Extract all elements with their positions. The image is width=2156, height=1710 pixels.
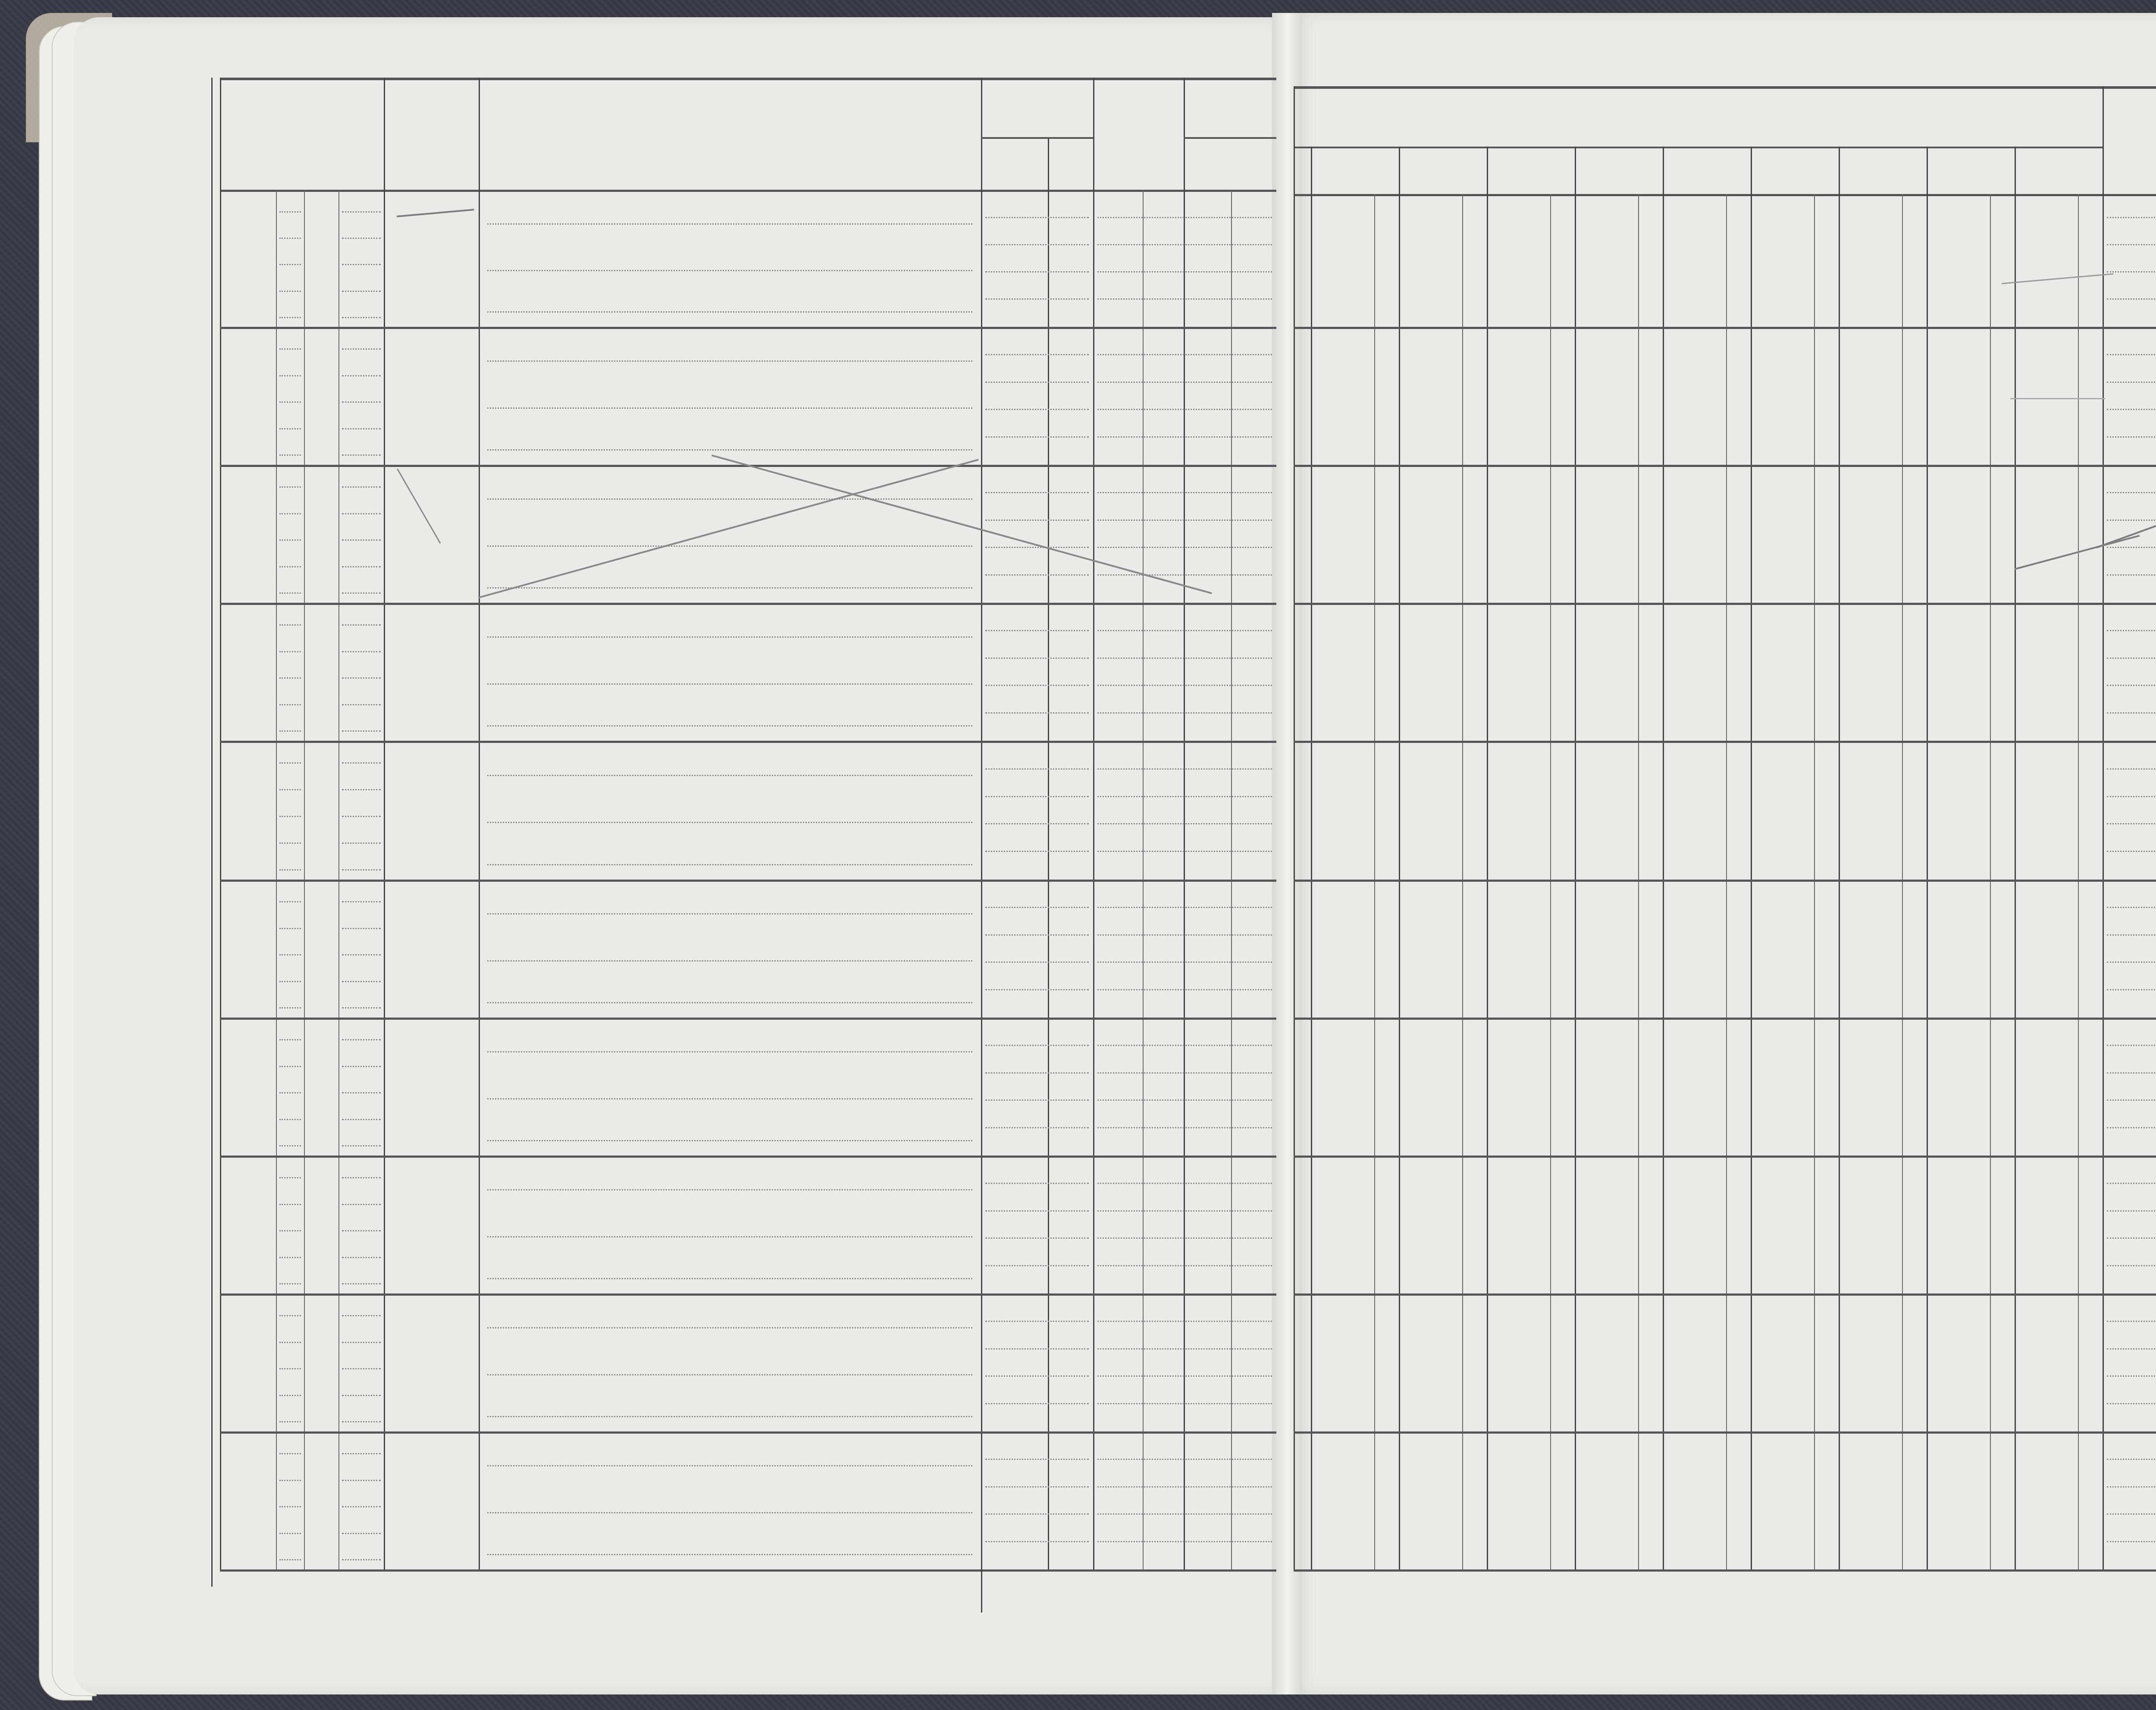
- dotted-line: [279, 1177, 301, 1178]
- dotted-line: [279, 1066, 301, 1067]
- right-entry-border: [1294, 1293, 2156, 1296]
- right-entry-border: [1294, 465, 2156, 467]
- entry-bottom-border: [220, 1018, 1276, 1020]
- dotted-line: [342, 901, 381, 902]
- partite-guide-line: [985, 768, 1089, 770]
- dotted-line: [279, 1145, 301, 1146]
- exemptions-guide-line: [2107, 768, 2156, 770]
- dotted-line: [279, 317, 301, 318]
- exemptions-guide-line: [2107, 436, 2156, 438]
- entry-bottom-border: [220, 741, 1276, 743]
- dotted-line: [279, 566, 301, 567]
- estimo-guide-line: [1097, 1265, 1272, 1266]
- partite-guide-line: [985, 1321, 1089, 1322]
- partite-guide-line: [985, 1459, 1089, 1460]
- name-guide-line: [487, 223, 972, 225]
- partite-guide-line: [985, 961, 1089, 963]
- name-guide-line: [487, 1416, 972, 1417]
- estimo-guide-line: [1097, 685, 1272, 686]
- dotted-line: [342, 291, 381, 292]
- partite-guide-line: [985, 574, 1089, 576]
- exemptions-guide-line: [2107, 271, 2156, 272]
- exemptions-guide-line: [2107, 382, 2156, 383]
- dotted-line: [342, 428, 381, 429]
- estimo-guide-line: [1097, 658, 1272, 659]
- estimo-guide-line: [1097, 1348, 1272, 1350]
- dotted-line: [342, 1257, 381, 1258]
- name-guide-line: [487, 311, 972, 313]
- dotted-line: [279, 981, 301, 982]
- dotted-line: [279, 1119, 301, 1120]
- dotted-line: [342, 401, 381, 403]
- estimo-guide-line: [1097, 244, 1272, 245]
- cents-column-divider: [2078, 194, 2079, 1569]
- dotted-line: [279, 513, 301, 514]
- dotted-line: [279, 1480, 301, 1481]
- name-guide-line: [487, 822, 972, 823]
- partite-guide-line: [985, 1486, 1089, 1488]
- partite-guide-line: [985, 244, 1089, 245]
- partite-guide-line: [985, 492, 1089, 493]
- exemptions-guide-line: [2107, 1099, 2156, 1101]
- dotted-line: [342, 981, 381, 982]
- estimo-guide-line: [1097, 1375, 1272, 1377]
- partite-guide-line: [985, 1127, 1089, 1128]
- dotted-line: [342, 1506, 381, 1507]
- right-page: [1289, 13, 2156, 1694]
- exemptions-guide-line: [2107, 1127, 2156, 1128]
- dotted-line: [342, 789, 381, 790]
- column-divider: [479, 78, 480, 1569]
- partite-guide-line: [985, 520, 1089, 521]
- estimo-guide-line: [1097, 1321, 1272, 1322]
- dotted-line: [279, 454, 301, 456]
- dotted-line: [342, 651, 381, 652]
- dotted-line: [279, 1204, 301, 1205]
- dotted-line: [279, 1039, 301, 1040]
- book-gutter: [1272, 13, 1302, 1694]
- dotted-line: [279, 869, 301, 871]
- left-outer-border: [211, 78, 213, 1587]
- entry-bottom-border: [220, 1293, 1276, 1296]
- name-guide-line: [487, 360, 972, 362]
- name-guide-line: [487, 864, 972, 865]
- dotted-line: [342, 1283, 381, 1284]
- estimo-guide-line: [1097, 354, 1272, 355]
- entry-bottom-border: [220, 1569, 1276, 1572]
- name-guide-line: [487, 725, 972, 727]
- name-guide-line: [487, 1051, 972, 1052]
- partite-guide-line: [985, 1541, 1089, 1542]
- name-guide-line: [487, 1278, 972, 1279]
- exemptions-guide-line: [2107, 1072, 2156, 1074]
- name-guide-line: [487, 1098, 972, 1099]
- subheader-divider: [1184, 137, 1276, 139]
- partite-guide-line: [985, 382, 1089, 383]
- estimo-guide-line: [1097, 989, 1272, 990]
- partite-guide-line: [985, 630, 1089, 631]
- cents-column-divider: [1550, 194, 1551, 1569]
- right-entry-border: [1294, 327, 2156, 329]
- exemptions-guide-line: [2107, 851, 2156, 852]
- column-divider: [1093, 78, 1094, 1569]
- table-top-border: [220, 78, 1276, 80]
- name-guide-line: [487, 960, 972, 961]
- partite-guide-line: [985, 217, 1089, 218]
- dotted-line: [279, 677, 301, 679]
- dotted-line: [279, 428, 301, 429]
- left-page: [73, 17, 1294, 1694]
- exemptions-guide-line: [2107, 630, 2156, 631]
- partite-guide-line: [985, 1237, 1089, 1239]
- estimo-guide-line: [1097, 1459, 1272, 1460]
- entry-bottom-border: [220, 880, 1276, 882]
- name-guide-line: [487, 1554, 972, 1555]
- estimo-guide-line: [1097, 1513, 1272, 1515]
- dotted-line: [342, 513, 381, 514]
- somma-divider: [981, 1569, 982, 1613]
- exemptions-guide-line: [2107, 685, 2156, 686]
- exemptions-guide-line: [2107, 907, 2156, 908]
- name-guide-line: [487, 449, 972, 451]
- dotted-line: [342, 816, 381, 817]
- estimo-guide-line: [1097, 574, 1272, 576]
- name-guide-line: [487, 1236, 972, 1237]
- estimo-guide-line: [1097, 768, 1272, 770]
- dotted-line: [342, 1480, 381, 1481]
- estimo-guide-line: [1097, 1403, 1272, 1404]
- dotted-line: [279, 211, 301, 213]
- cents-column-divider: [1462, 194, 1463, 1569]
- subheader-divider: [981, 137, 1093, 139]
- exemptions-guide-line: [2107, 823, 2156, 824]
- exemptions-guide-line: [2107, 1403, 2156, 1404]
- estimo-guide-line: [1097, 1045, 1272, 1046]
- exemptions-guide-line: [2107, 217, 2156, 218]
- dotted-line: [279, 375, 301, 376]
- dotted-line: [342, 842, 381, 844]
- dotted-line: [342, 1119, 381, 1120]
- name-guide-line: [487, 545, 972, 547]
- dotted-line: [342, 566, 381, 567]
- name-guide-line: [487, 1002, 972, 1003]
- exemptions-guide-line: [2107, 934, 2156, 936]
- right-table-top-border: [1294, 86, 2156, 89]
- estimo-guide-line: [1097, 712, 1272, 714]
- exemptions-guide-line: [2107, 1265, 2156, 1266]
- name-guide-line: [487, 1327, 972, 1328]
- name-guide-line: [487, 407, 972, 409]
- dotted-line: [342, 348, 381, 350]
- dotted-line: [279, 486, 301, 488]
- year-column-divider: [1487, 147, 1488, 1569]
- name-guide-line: [487, 775, 972, 776]
- partite-guide-line: [985, 1375, 1089, 1377]
- dotted-line: [279, 1007, 301, 1008]
- estimo-guide-line: [1097, 1099, 1272, 1101]
- name-guide-line: [487, 498, 972, 500]
- dotted-line: [279, 1453, 301, 1454]
- year-column-divider: [1399, 147, 1400, 1569]
- partite-guide-line: [985, 796, 1089, 797]
- dotted-line: [342, 1230, 381, 1231]
- entry-bottom-border: [220, 327, 1276, 329]
- dotted-line: [279, 264, 301, 265]
- partite-guide-line: [985, 436, 1089, 438]
- dotted-line: [342, 1559, 381, 1560]
- dotted-line: [342, 211, 381, 213]
- partite-guide-line: [985, 1403, 1089, 1404]
- exemptions-column-divider: [2103, 86, 2104, 1569]
- year-column-divider: [1311, 147, 1312, 1569]
- estimo-guide-line: [1097, 520, 1272, 521]
- column-divider: [384, 78, 385, 1569]
- dotted-line: [279, 238, 301, 239]
- dotted-line: [279, 1368, 301, 1369]
- dotted-line: [279, 704, 301, 705]
- dotted-line: [342, 704, 381, 705]
- exemptions-guide-line: [2107, 492, 2156, 493]
- dotted-line: [342, 486, 381, 488]
- estimo-guide-line: [1097, 1210, 1272, 1212]
- dotted-line: [342, 1342, 381, 1343]
- dotted-line: [279, 1342, 301, 1343]
- cents-column-divider: [1990, 194, 1991, 1569]
- header-bottom-border: [220, 190, 1276, 192]
- partite-guide-line: [985, 1265, 1089, 1266]
- estimo-guide-line: [1097, 1072, 1272, 1074]
- partite-guide-line: [985, 1072, 1089, 1074]
- dotted-line: [342, 1039, 381, 1040]
- dotted-line: [342, 730, 381, 732]
- exemptions-guide-line: [2107, 574, 2156, 576]
- dotted-line: [279, 1092, 301, 1093]
- dotted-line: [342, 869, 381, 871]
- exemptions-guide-line: [2107, 989, 2156, 990]
- estimo-guide-line: [1097, 1183, 1272, 1184]
- entry-bottom-border: [220, 1156, 1276, 1158]
- column-divider: [220, 78, 221, 1569]
- estimo-guide-line: [1097, 1237, 1272, 1239]
- right-header-bottom-border: [1294, 194, 2156, 196]
- column-divider: [1048, 138, 1049, 1569]
- name-guide-line: [487, 913, 972, 915]
- dotted-line: [279, 1283, 301, 1284]
- dotted-line: [342, 1066, 381, 1067]
- dotted-line: [279, 348, 301, 350]
- partite-guide-line: [985, 271, 1089, 272]
- form-code: Mod. 111 - Imposte Dirette (Intercalare)…: [2134, 56, 2156, 67]
- exemptions-guide-line: [2107, 298, 2156, 300]
- exemptions-guide-line: [2107, 712, 2156, 714]
- partite-guide-line: [985, 989, 1089, 990]
- dotted-line: [279, 291, 301, 292]
- name-guide-line: [487, 1465, 972, 1466]
- dotted-line: [279, 1506, 301, 1507]
- exemptions-guide-line: [2107, 1541, 2156, 1542]
- right-entry-border: [1294, 1569, 2156, 1572]
- exemptions-guide-line: [2107, 1513, 2156, 1515]
- estimo-guide-line: [1097, 492, 1272, 493]
- dotted-line: [279, 730, 301, 732]
- partite-guide-line: [985, 823, 1089, 824]
- dotted-line: [342, 1177, 381, 1178]
- estimo-guide-line: [1097, 796, 1272, 797]
- year-column-divider: [1927, 147, 1928, 1569]
- dotted-line: [279, 624, 301, 626]
- exemptions-guide-line: [2107, 1459, 2156, 1460]
- partite-guide-line: [985, 1099, 1089, 1101]
- name-guide-line: [487, 1189, 972, 1190]
- exemptions-guide-line: [2107, 409, 2156, 410]
- year-column-divider: [1663, 147, 1664, 1569]
- dotted-line: [342, 454, 381, 456]
- exemptions-guide-line: [2107, 547, 2156, 548]
- dotted-line: [279, 954, 301, 955]
- name-guide-line: [487, 683, 972, 685]
- cents-column-divider: [1814, 194, 1815, 1569]
- name-guide-line: [487, 1512, 972, 1513]
- dotted-line: [279, 1421, 301, 1422]
- exemptions-guide-line: [2107, 1486, 2156, 1488]
- partite-guide-line: [985, 658, 1089, 659]
- dotted-line: [279, 401, 301, 403]
- dotted-line: [279, 1559, 301, 1560]
- estimo-guide-line: [1097, 298, 1272, 300]
- dotted-line: [279, 928, 301, 929]
- cents-column-divider: [1638, 194, 1639, 1569]
- exemptions-guide-line: [2107, 1237, 2156, 1239]
- year-column-divider: [1839, 147, 1840, 1569]
- exemptions-guide-line: [2107, 1183, 2156, 1184]
- entry-bottom-border: [220, 603, 1276, 605]
- dotted-line: [342, 928, 381, 929]
- exemptions-guide-line: [2107, 1045, 2156, 1046]
- partite-guide-line: [985, 934, 1089, 936]
- column-divider: [981, 78, 982, 1569]
- right-entry-border: [1294, 603, 2156, 605]
- dotted-line: [279, 1315, 301, 1316]
- estimo-guide-line: [1097, 630, 1272, 631]
- dotted-line: [342, 624, 381, 626]
- name-guide-line: [487, 587, 972, 589]
- partite-guide-line: [985, 1348, 1089, 1350]
- dotted-line: [279, 1395, 301, 1396]
- estimo-guide-line: [1097, 1541, 1272, 1542]
- estimo-guide-line: [1097, 217, 1272, 218]
- year-column-divider: [2015, 147, 2016, 1569]
- dotted-line: [279, 592, 301, 594]
- dotted-line: [342, 317, 381, 318]
- estimo-guide-line: [1097, 934, 1272, 936]
- year-column-divider: [1575, 147, 1576, 1569]
- right-entry-border: [1294, 741, 2156, 743]
- exemptions-guide-line: [2107, 1348, 2156, 1350]
- dotted-line: [342, 677, 381, 679]
- dotted-line: [279, 789, 301, 790]
- right-entry-border: [1294, 1431, 2156, 1434]
- partite-guide-line: [985, 1183, 1089, 1184]
- dotted-line: [279, 1533, 301, 1534]
- partite-guide-line: [985, 851, 1089, 852]
- name-guide-line: [487, 270, 972, 271]
- exemptions-guide-line: [2107, 658, 2156, 659]
- dotted-line: [342, 375, 381, 376]
- exemptions-guide-line: [2107, 1210, 2156, 1212]
- dotted-line: [342, 762, 381, 764]
- cents-column-divider: [1374, 194, 1375, 1569]
- estimo-guide-line: [1097, 1486, 1272, 1488]
- right-entry-border: [1294, 880, 2156, 882]
- exemptions-guide-line: [2107, 1321, 2156, 1322]
- estimo-guide-line: [1097, 823, 1272, 824]
- exemptions-guide-line: [2107, 244, 2156, 245]
- estimo-guide-line: [1097, 409, 1272, 410]
- sum-line: [2010, 398, 2105, 399]
- estimo-guide-line: [1097, 961, 1272, 963]
- dotted-line: [342, 1368, 381, 1369]
- dotted-line: [342, 1204, 381, 1205]
- dotted-line: [342, 1145, 381, 1146]
- name-guide-line: [487, 636, 972, 638]
- dotted-line: [342, 539, 381, 541]
- year-column-divider: [1751, 147, 1752, 1569]
- entry-bottom-border: [220, 1431, 1276, 1434]
- partite-guide-line: [985, 1210, 1089, 1212]
- dotted-line: [279, 1230, 301, 1231]
- dotted-line: [279, 762, 301, 764]
- partite-guide-line: [985, 547, 1089, 548]
- dotted-line: [342, 954, 381, 955]
- name-guide-line: [487, 1140, 972, 1141]
- estimo-guide-line: [1097, 1127, 1272, 1128]
- partite-guide-line: [985, 907, 1089, 908]
- cents-column-divider: [1726, 194, 1727, 1569]
- dotted-line: [342, 1315, 381, 1316]
- exemptions-guide-line: [2107, 520, 2156, 521]
- dotted-line: [342, 1007, 381, 1008]
- dotted-line: [279, 539, 301, 541]
- dotted-line: [279, 901, 301, 902]
- partite-guide-line: [985, 409, 1089, 410]
- dotted-line: [342, 592, 381, 594]
- partite-guide-line: [985, 712, 1089, 714]
- exemptions-guide-line: [2107, 796, 2156, 797]
- year-header-divider: [1294, 147, 2103, 148]
- dotted-line: [342, 1092, 381, 1093]
- partite-guide-line: [985, 354, 1089, 355]
- estimo-guide-line: [1097, 382, 1272, 383]
- cents-column-divider: [1902, 194, 1903, 1569]
- dotted-line: [342, 1421, 381, 1422]
- partite-guide-line: [985, 298, 1089, 300]
- dotted-line: [342, 264, 381, 265]
- dotted-line: [342, 1395, 381, 1396]
- dotted-line: [279, 651, 301, 652]
- right-entry-border: [1294, 1156, 2156, 1158]
- estimo-guide-line: [1097, 547, 1272, 548]
- dotted-line: [342, 1533, 381, 1534]
- dotted-line: [279, 1257, 301, 1258]
- name-guide-line: [487, 1374, 972, 1375]
- right-entry-border: [1294, 1018, 2156, 1020]
- estimo-guide-line: [1097, 907, 1272, 908]
- dotted-line: [342, 238, 381, 239]
- exemptions-guide-line: [2107, 1375, 2156, 1377]
- right-inner-border: [1294, 86, 1295, 1569]
- estimo-guide-line: [1097, 436, 1272, 438]
- exemptions-guide-line: [2107, 354, 2156, 355]
